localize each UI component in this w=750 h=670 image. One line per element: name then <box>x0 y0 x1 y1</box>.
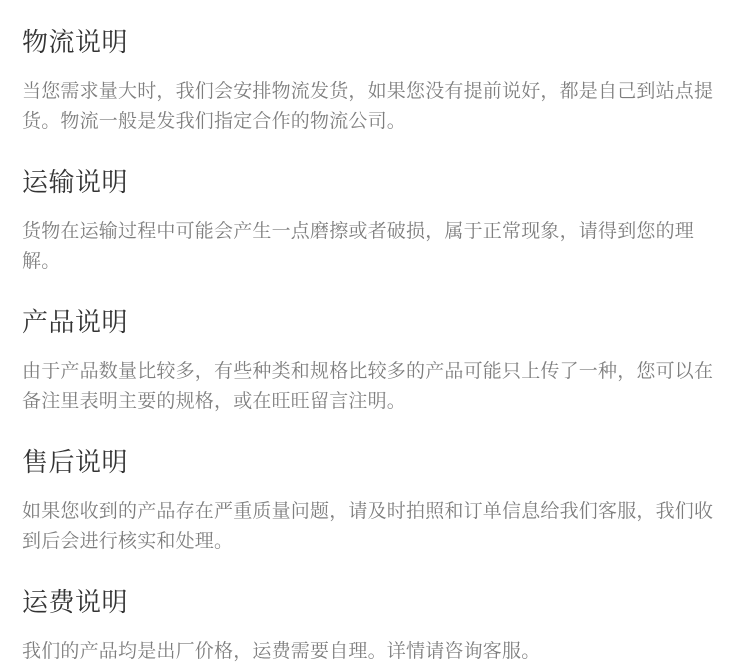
section-product-title: 产品说明 <box>22 305 717 339</box>
section-logistics-title: 物流说明 <box>22 25 717 59</box>
section-freight-title: 运费说明 <box>22 585 717 619</box>
section-logistics: 物流说明 当您需求量大时，我们会安排物流发货，如果您没有提前说好，都是自己到站点… <box>22 25 717 137</box>
section-logistics-body: 当您需求量大时，我们会安排物流发货，如果您没有提前说好，都是自己到站点提货。物流… <box>22 77 717 137</box>
product-description-page: 物流说明 当您需求量大时，我们会安排物流发货，如果您没有提前说好，都是自己到站点… <box>0 0 750 670</box>
section-product-body: 由于产品数量比较多，有些种类和规格比较多的产品可能只上传了一种，您可以在备注里表… <box>22 357 717 417</box>
section-aftersales-title: 售后说明 <box>22 445 717 479</box>
section-transport: 运输说明 货物在运输过程中可能会产生一点磨擦或者破损，属于正常现象，请得到您的理… <box>22 165 717 277</box>
section-transport-title: 运输说明 <box>22 165 717 199</box>
section-transport-body: 货物在运输过程中可能会产生一点磨擦或者破损，属于正常现象，请得到您的理解。 <box>22 217 717 277</box>
section-freight-body: 我们的产品均是出厂价格，运费需要自理。详情请咨询客服。 <box>22 637 717 667</box>
section-freight: 运费说明 我们的产品均是出厂价格，运费需要自理。详情请咨询客服。 <box>22 585 717 667</box>
section-aftersales-body: 如果您收到的产品存在严重质量问题，请及时拍照和订单信息给我们客服，我们收到后会进… <box>22 497 717 557</box>
section-product: 产品说明 由于产品数量比较多，有些种类和规格比较多的产品可能只上传了一种，您可以… <box>22 305 717 417</box>
section-aftersales: 售后说明 如果您收到的产品存在严重质量问题，请及时拍照和订单信息给我们客服，我们… <box>22 445 717 557</box>
